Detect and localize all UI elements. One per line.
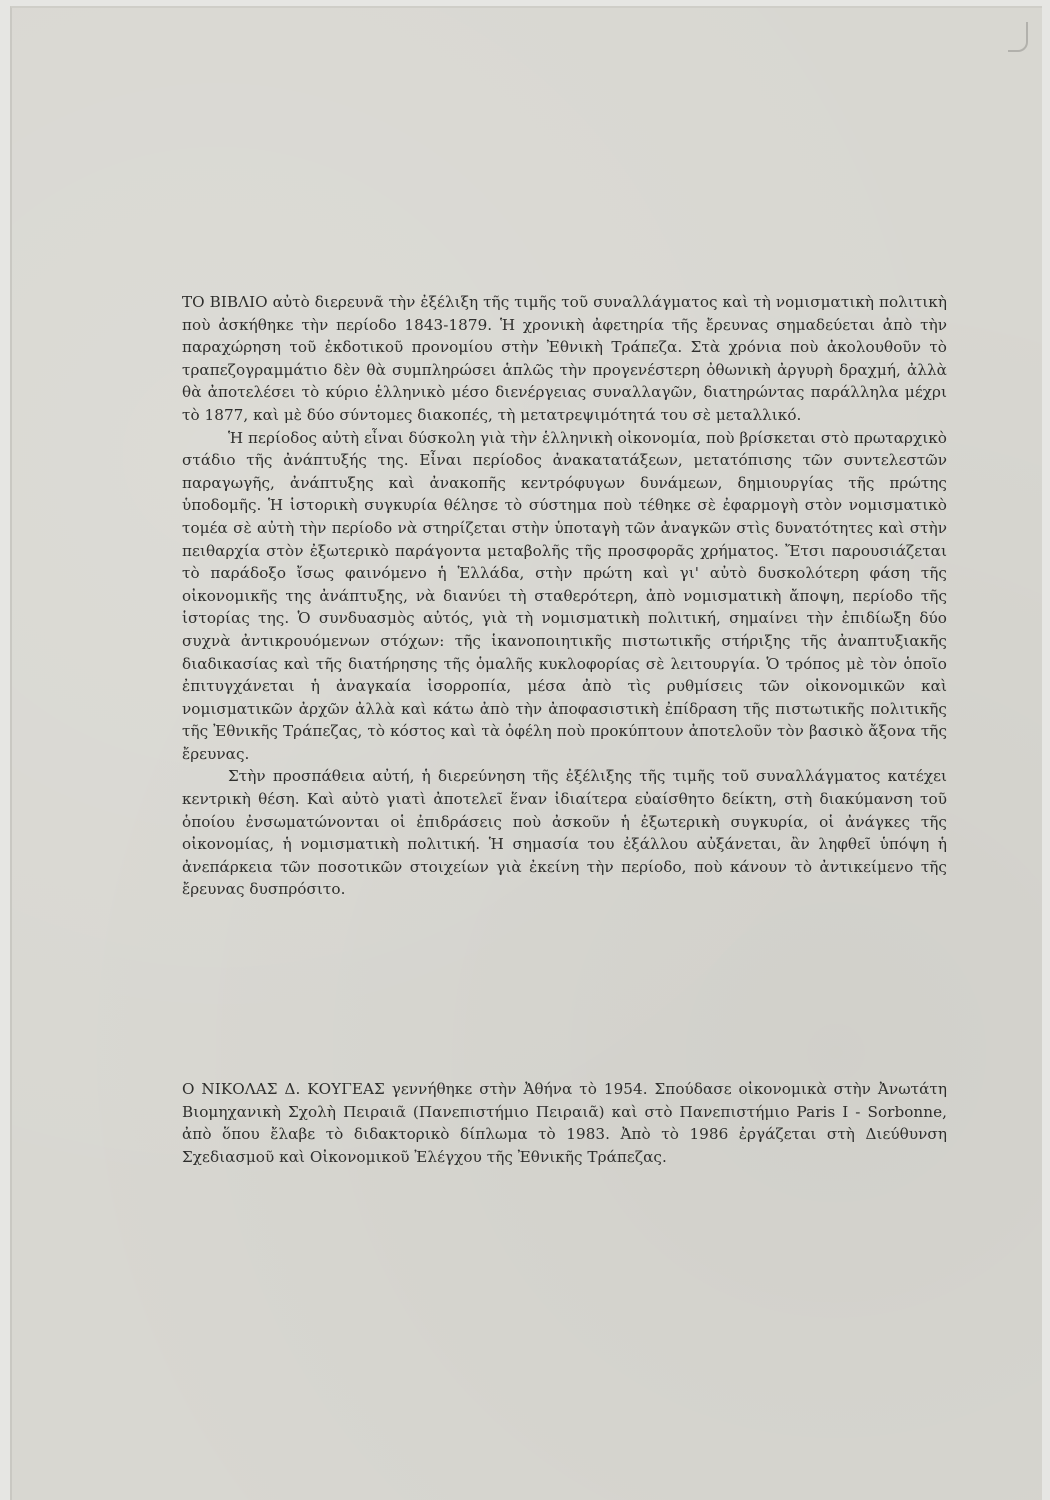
author-bio-text: Ο ΝΙΚΟΛΑΣ Δ. ΚΟΥΓΕΑΣ γεννήθηκε στὴν Ἀθήν… <box>182 1078 947 1168</box>
summary-paragraph-1: ΤΟ ΒΙΒΛΙΟ αὐτὸ διερευνᾶ τὴν ἐξέλιξη τῆς … <box>182 291 947 427</box>
summary-paragraph-2: Ἡ περίοδος αὐτὴ εἶναι δύσκολη γιὰ τὴν ἑλ… <box>182 427 947 766</box>
summary-paragraph-3: Στὴν προσπάθεια αὐτή, ἡ διερεύνηση τῆς ἐ… <box>182 765 947 901</box>
author-bio: Ο ΝΙΚΟΛΑΣ Δ. ΚΟΥΓΕΑΣ γεννήθηκε στὴν Ἀθήν… <box>182 1078 947 1168</box>
book-summary: ΤΟ ΒΙΒΛΙΟ αὐτὸ διερευνᾶ τὴν ἐξέλιξη τῆς … <box>182 291 947 901</box>
book-back-cover: ΤΟ ΒΙΒΛΙΟ αὐτὸ διερευνᾶ τὴν ἐξέλιξη τῆς … <box>10 6 1042 1500</box>
page-corner-mark <box>1008 22 1028 52</box>
